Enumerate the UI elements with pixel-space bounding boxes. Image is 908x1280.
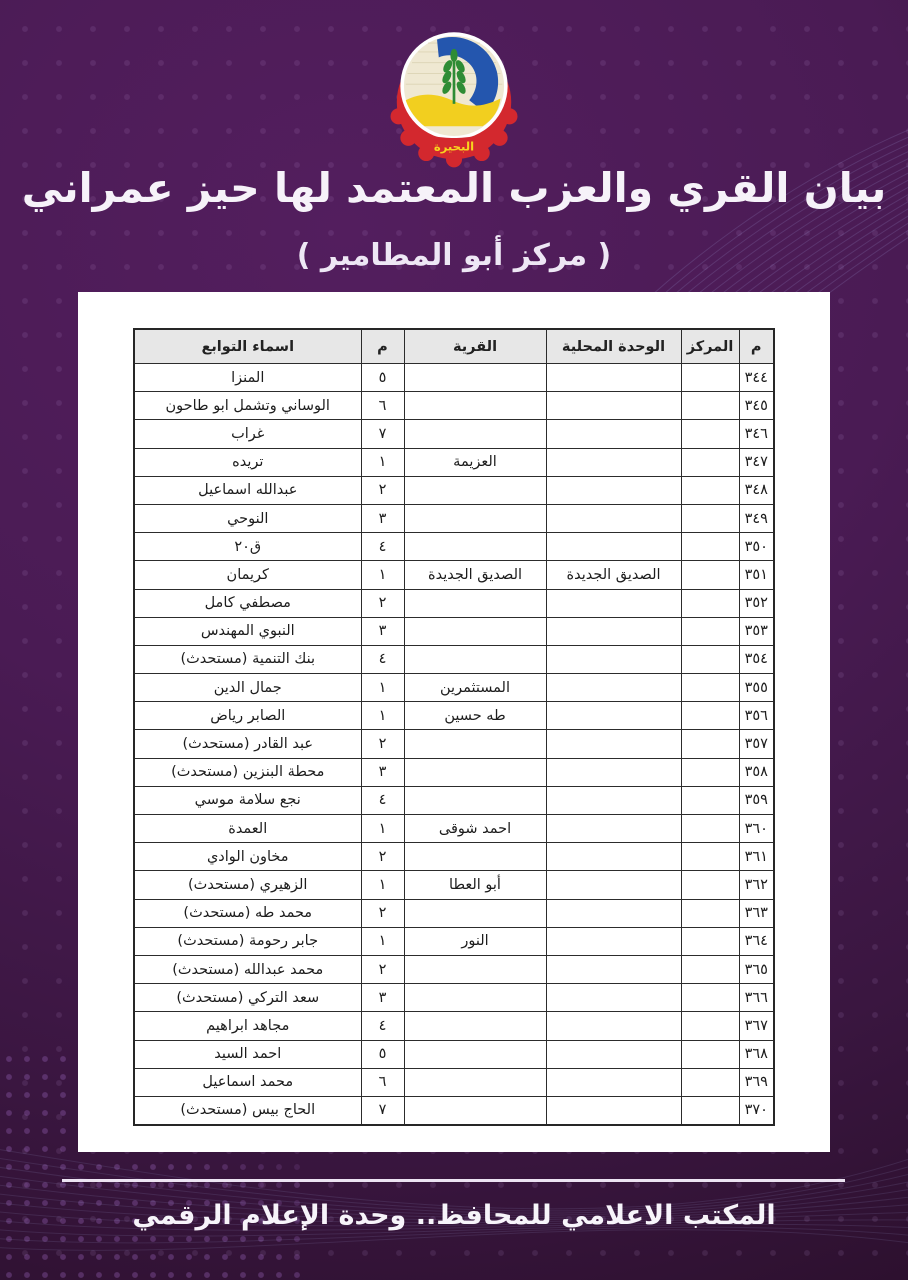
cell-local-unit [546, 674, 681, 702]
cell-center [681, 730, 739, 758]
cell-no: ٣٦٩ [739, 1068, 774, 1096]
cell-center [681, 927, 739, 955]
cell-sub-no: ٧ [361, 1096, 404, 1125]
beheira-governorate-logo-icon: البحيرة [378, 18, 530, 170]
cell-dependent-name: مخاون الوادي [134, 843, 361, 871]
cell-village: المستثمرين [404, 674, 546, 702]
cell-sub-no: ٣ [361, 504, 404, 532]
cell-village [404, 1012, 546, 1040]
cell-dependent-name: كريمان [134, 561, 361, 589]
cell-local-unit [546, 364, 681, 392]
cell-village: أبو العطا [404, 871, 546, 899]
cell-no: ٣٦١ [739, 843, 774, 871]
cell-sub-no: ١ [361, 674, 404, 702]
cell-center [681, 1068, 739, 1096]
table-row: ٣٥٥المستثمرين١جمال الدين [134, 674, 774, 702]
table-row: ٣٦٠احمد شوقى١العمدة [134, 815, 774, 843]
cell-local-unit [546, 476, 681, 504]
cell-center [681, 955, 739, 983]
table-row: ٣٤٤٥المنزا [134, 364, 774, 392]
cell-no: ٣٤٧ [739, 448, 774, 476]
cell-no: ٣٤٥ [739, 392, 774, 420]
cell-center [681, 899, 739, 927]
cell-dependent-name: محمد طه (مستحدث) [134, 899, 361, 927]
cell-local-unit [546, 392, 681, 420]
cell-dependent-name: الصابر رياض [134, 702, 361, 730]
table-row: ٣٦٨٥احمد السيد [134, 1040, 774, 1068]
cell-no: ٣٥٠ [739, 533, 774, 561]
cell-village [404, 1068, 546, 1096]
page-title: بيان القري والعزب المعتمد لها حيز عمراني [0, 164, 908, 212]
cell-no: ٣٦٠ [739, 815, 774, 843]
table-row: ٣٦٥٢محمد عبدالله (مستحدث) [134, 955, 774, 983]
cell-local-unit [546, 899, 681, 927]
cell-dependent-name: مصطفي كامل [134, 589, 361, 617]
cell-sub-no: ٢ [361, 476, 404, 504]
cell-village [404, 420, 546, 448]
cell-local-unit [546, 617, 681, 645]
cell-village: العزيمة [404, 448, 546, 476]
cell-dependent-name: الحاج بيس (مستحدث) [134, 1096, 361, 1125]
cell-sub-no: ٥ [361, 364, 404, 392]
cell-local-unit [546, 984, 681, 1012]
cell-center [681, 843, 739, 871]
table-row: ٣٥٧٢عبد القادر (مستحدث) [134, 730, 774, 758]
cell-center [681, 533, 739, 561]
poster-page: البحيرة بيان القري والعزب المعتمد لها حي… [0, 0, 908, 1280]
cell-no: ٣٥٤ [739, 645, 774, 673]
page-subtitle: ( مركز أبو المطامير ) [0, 238, 908, 273]
cell-center [681, 871, 739, 899]
table-row: ٣٤٧العزيمة١تريده [134, 448, 774, 476]
cell-dependent-name: مجاهد ابراهيم [134, 1012, 361, 1040]
table-row: ٣٦٦٣سعد التركي (مستحدث) [134, 984, 774, 1012]
cell-village [404, 476, 546, 504]
cell-sub-no: ٣ [361, 984, 404, 1012]
cell-sub-no: ٦ [361, 1068, 404, 1096]
cell-sub-no: ٥ [361, 1040, 404, 1068]
cell-village [404, 899, 546, 927]
table-row: ٣٥٩٤نجع سلامة موسي [134, 786, 774, 814]
cell-dependent-name: سعد التركي (مستحدث) [134, 984, 361, 1012]
cell-local-unit [546, 589, 681, 617]
cell-dependent-name: احمد السيد [134, 1040, 361, 1068]
cell-village [404, 392, 546, 420]
cell-village [404, 533, 546, 561]
cell-sub-no: ٦ [361, 392, 404, 420]
cell-local-unit [546, 871, 681, 899]
table-row: ٣٥٨٣محطة البنزين (مستحدث) [134, 758, 774, 786]
cell-dependent-name: محمد اسماعيل [134, 1068, 361, 1096]
table-row: ٣٥٢٢مصطفي كامل [134, 589, 774, 617]
cell-sub-no: ١ [361, 561, 404, 589]
table-row: ٣٦٤النور١جابر رحومة (مستحدث) [134, 927, 774, 955]
col-header-sub-no: م [361, 329, 404, 364]
cell-sub-no: ٤ [361, 1012, 404, 1040]
footer-text: المكتب الاعلامي للمحافظ.. وحدة الإعلام ا… [0, 1200, 908, 1231]
cell-sub-no: ٤ [361, 533, 404, 561]
cell-center [681, 1012, 739, 1040]
cell-center [681, 448, 739, 476]
cell-no: ٣٦٤ [739, 927, 774, 955]
cell-center [681, 1040, 739, 1068]
table-row: ٣٤٥٦الوساني وتشمل ابو طاحون [134, 392, 774, 420]
footer-divider [62, 1179, 845, 1182]
cell-local-unit [546, 730, 681, 758]
cell-no: ٣٦٣ [739, 899, 774, 927]
cell-local-unit [546, 504, 681, 532]
cell-dependent-name: المنزا [134, 364, 361, 392]
villages-table: م المركز الوحدة المحلية القرية م اسماء ا… [133, 328, 775, 1126]
cell-no: ٣٦٥ [739, 955, 774, 983]
cell-center [681, 504, 739, 532]
table-card: م المركز الوحدة المحلية القرية م اسماء ا… [78, 292, 830, 1152]
cell-dependent-name: عبدالله اسماعيل [134, 476, 361, 504]
cell-dependent-name: الوساني وتشمل ابو طاحون [134, 392, 361, 420]
cell-village [404, 645, 546, 673]
col-header-dependents: اسماء التوابع [134, 329, 361, 364]
col-header-local-unit: الوحدة المحلية [546, 329, 681, 364]
cell-no: ٣٤٤ [739, 364, 774, 392]
cell-dependent-name: تريده [134, 448, 361, 476]
cell-sub-no: ٢ [361, 589, 404, 617]
cell-village: طه حسين [404, 702, 546, 730]
cell-local-unit [546, 815, 681, 843]
cell-sub-no: ٣ [361, 617, 404, 645]
cell-center [681, 561, 739, 589]
table-row: ٣٤٩٣النوحي [134, 504, 774, 532]
cell-no: ٣٥٦ [739, 702, 774, 730]
cell-local-unit [546, 702, 681, 730]
table-row: ٣٥٠٤ق٢٠ [134, 533, 774, 561]
cell-center [681, 984, 739, 1012]
cell-no: ٣٥٨ [739, 758, 774, 786]
cell-no: ٣٥٥ [739, 674, 774, 702]
table-row: ٣٦١٢مخاون الوادي [134, 843, 774, 871]
cell-dependent-name: النوحي [134, 504, 361, 532]
cell-no: ٣٥٩ [739, 786, 774, 814]
cell-local-unit [546, 1096, 681, 1125]
cell-local-unit [546, 1040, 681, 1068]
cell-center [681, 589, 739, 617]
cell-sub-no: ٣ [361, 758, 404, 786]
table-row: ٣٥٣٣النبوي المهندس [134, 617, 774, 645]
cell-local-unit [546, 645, 681, 673]
cell-local-unit [546, 448, 681, 476]
table-header-row: م المركز الوحدة المحلية القرية م اسماء ا… [134, 329, 774, 364]
cell-no: ٣٥٣ [739, 617, 774, 645]
cell-sub-no: ٧ [361, 420, 404, 448]
cell-dependent-name: جمال الدين [134, 674, 361, 702]
cell-village [404, 843, 546, 871]
cell-sub-no: ٢ [361, 955, 404, 983]
cell-center [681, 702, 739, 730]
cell-dependent-name: محمد عبدالله (مستحدث) [134, 955, 361, 983]
cell-sub-no: ٢ [361, 730, 404, 758]
table-row: ٣٥٤٤بنك التنمية (مستحدث) [134, 645, 774, 673]
cell-center [681, 364, 739, 392]
cell-center [681, 420, 739, 448]
cell-center [681, 1096, 739, 1125]
table-row: ٣٥٦طه حسين١الصابر رياض [134, 702, 774, 730]
cell-local-unit [546, 786, 681, 814]
cell-dependent-name: الزهيري (مستحدث) [134, 871, 361, 899]
cell-local-unit [546, 533, 681, 561]
cell-local-unit [546, 758, 681, 786]
table-row: ٣٦٩٦محمد اسماعيل [134, 1068, 774, 1096]
cell-no: ٣٤٦ [739, 420, 774, 448]
cell-dependent-name: نجع سلامة موسي [134, 786, 361, 814]
cell-local-unit [546, 420, 681, 448]
cell-local-unit [546, 1012, 681, 1040]
cell-local-unit [546, 927, 681, 955]
cell-center [681, 758, 739, 786]
cell-sub-no: ٤ [361, 645, 404, 673]
cell-sub-no: ١ [361, 702, 404, 730]
cell-local-unit [546, 843, 681, 871]
cell-no: ٣٥١ [739, 561, 774, 589]
cell-sub-no: ١ [361, 448, 404, 476]
cell-dependent-name: بنك التنمية (مستحدث) [134, 645, 361, 673]
cell-local-unit [546, 955, 681, 983]
table-row: ٣٤٦٧غراب [134, 420, 774, 448]
cell-village [404, 730, 546, 758]
cell-village [404, 617, 546, 645]
cell-center [681, 674, 739, 702]
cell-dependent-name: النبوي المهندس [134, 617, 361, 645]
cell-dependent-name: عبد القادر (مستحدث) [134, 730, 361, 758]
cell-village [404, 955, 546, 983]
cell-sub-no: ٢ [361, 899, 404, 927]
cell-dependent-name: العمدة [134, 815, 361, 843]
table-row: ٣٤٨٢عبدالله اسماعيل [134, 476, 774, 504]
cell-local-unit [546, 1068, 681, 1096]
cell-dependent-name: جابر رحومة (مستحدث) [134, 927, 361, 955]
col-header-village: القرية [404, 329, 546, 364]
cell-no: ٣٥٧ [739, 730, 774, 758]
table-row: ٣٧٠٧الحاج بيس (مستحدث) [134, 1096, 774, 1125]
cell-village [404, 786, 546, 814]
cell-center [681, 476, 739, 504]
cell-center [681, 645, 739, 673]
cell-dependent-name: ق٢٠ [134, 533, 361, 561]
cell-village [404, 1040, 546, 1068]
cell-no: ٣٦٦ [739, 984, 774, 1012]
table-row: ٣٦٧٤مجاهد ابراهيم [134, 1012, 774, 1040]
cell-sub-no: ١ [361, 871, 404, 899]
cell-village: الصديق الجديدة [404, 561, 546, 589]
table-row: ٣٥١الصديق الجديدةالصديق الجديدة١كريمان [134, 561, 774, 589]
cell-sub-no: ١ [361, 927, 404, 955]
cell-no: ٣٦٧ [739, 1012, 774, 1040]
col-header-no: م [739, 329, 774, 364]
cell-center [681, 815, 739, 843]
table-row: ٣٦٢أبو العطا١الزهيري (مستحدث) [134, 871, 774, 899]
table-row: ٣٦٣٢محمد طه (مستحدث) [134, 899, 774, 927]
cell-dependent-name: غراب [134, 420, 361, 448]
cell-sub-no: ١ [361, 815, 404, 843]
logo-banner-label: البحيرة [434, 139, 474, 154]
cell-no: ٣٦٨ [739, 1040, 774, 1068]
cell-no: ٣٧٠ [739, 1096, 774, 1125]
cell-village [404, 364, 546, 392]
villages-table-body: ٣٤٤٥المنزا٣٤٥٦الوساني وتشمل ابو طاحون٣٤٦… [134, 364, 774, 1126]
cell-dependent-name: محطة البنزين (مستحدث) [134, 758, 361, 786]
cell-no: ٣٦٢ [739, 871, 774, 899]
cell-village [404, 1096, 546, 1125]
cell-sub-no: ٢ [361, 843, 404, 871]
cell-no: ٣٤٩ [739, 504, 774, 532]
cell-village [404, 758, 546, 786]
cell-center [681, 786, 739, 814]
cell-village: احمد شوقى [404, 815, 546, 843]
cell-center [681, 617, 739, 645]
cell-village [404, 504, 546, 532]
col-header-center: المركز [681, 329, 739, 364]
cell-center [681, 392, 739, 420]
cell-local-unit: الصديق الجديدة [546, 561, 681, 589]
cell-sub-no: ٤ [361, 786, 404, 814]
cell-village [404, 589, 546, 617]
cell-no: ٣٥٢ [739, 589, 774, 617]
cell-village [404, 984, 546, 1012]
cell-no: ٣٤٨ [739, 476, 774, 504]
cell-village: النور [404, 927, 546, 955]
